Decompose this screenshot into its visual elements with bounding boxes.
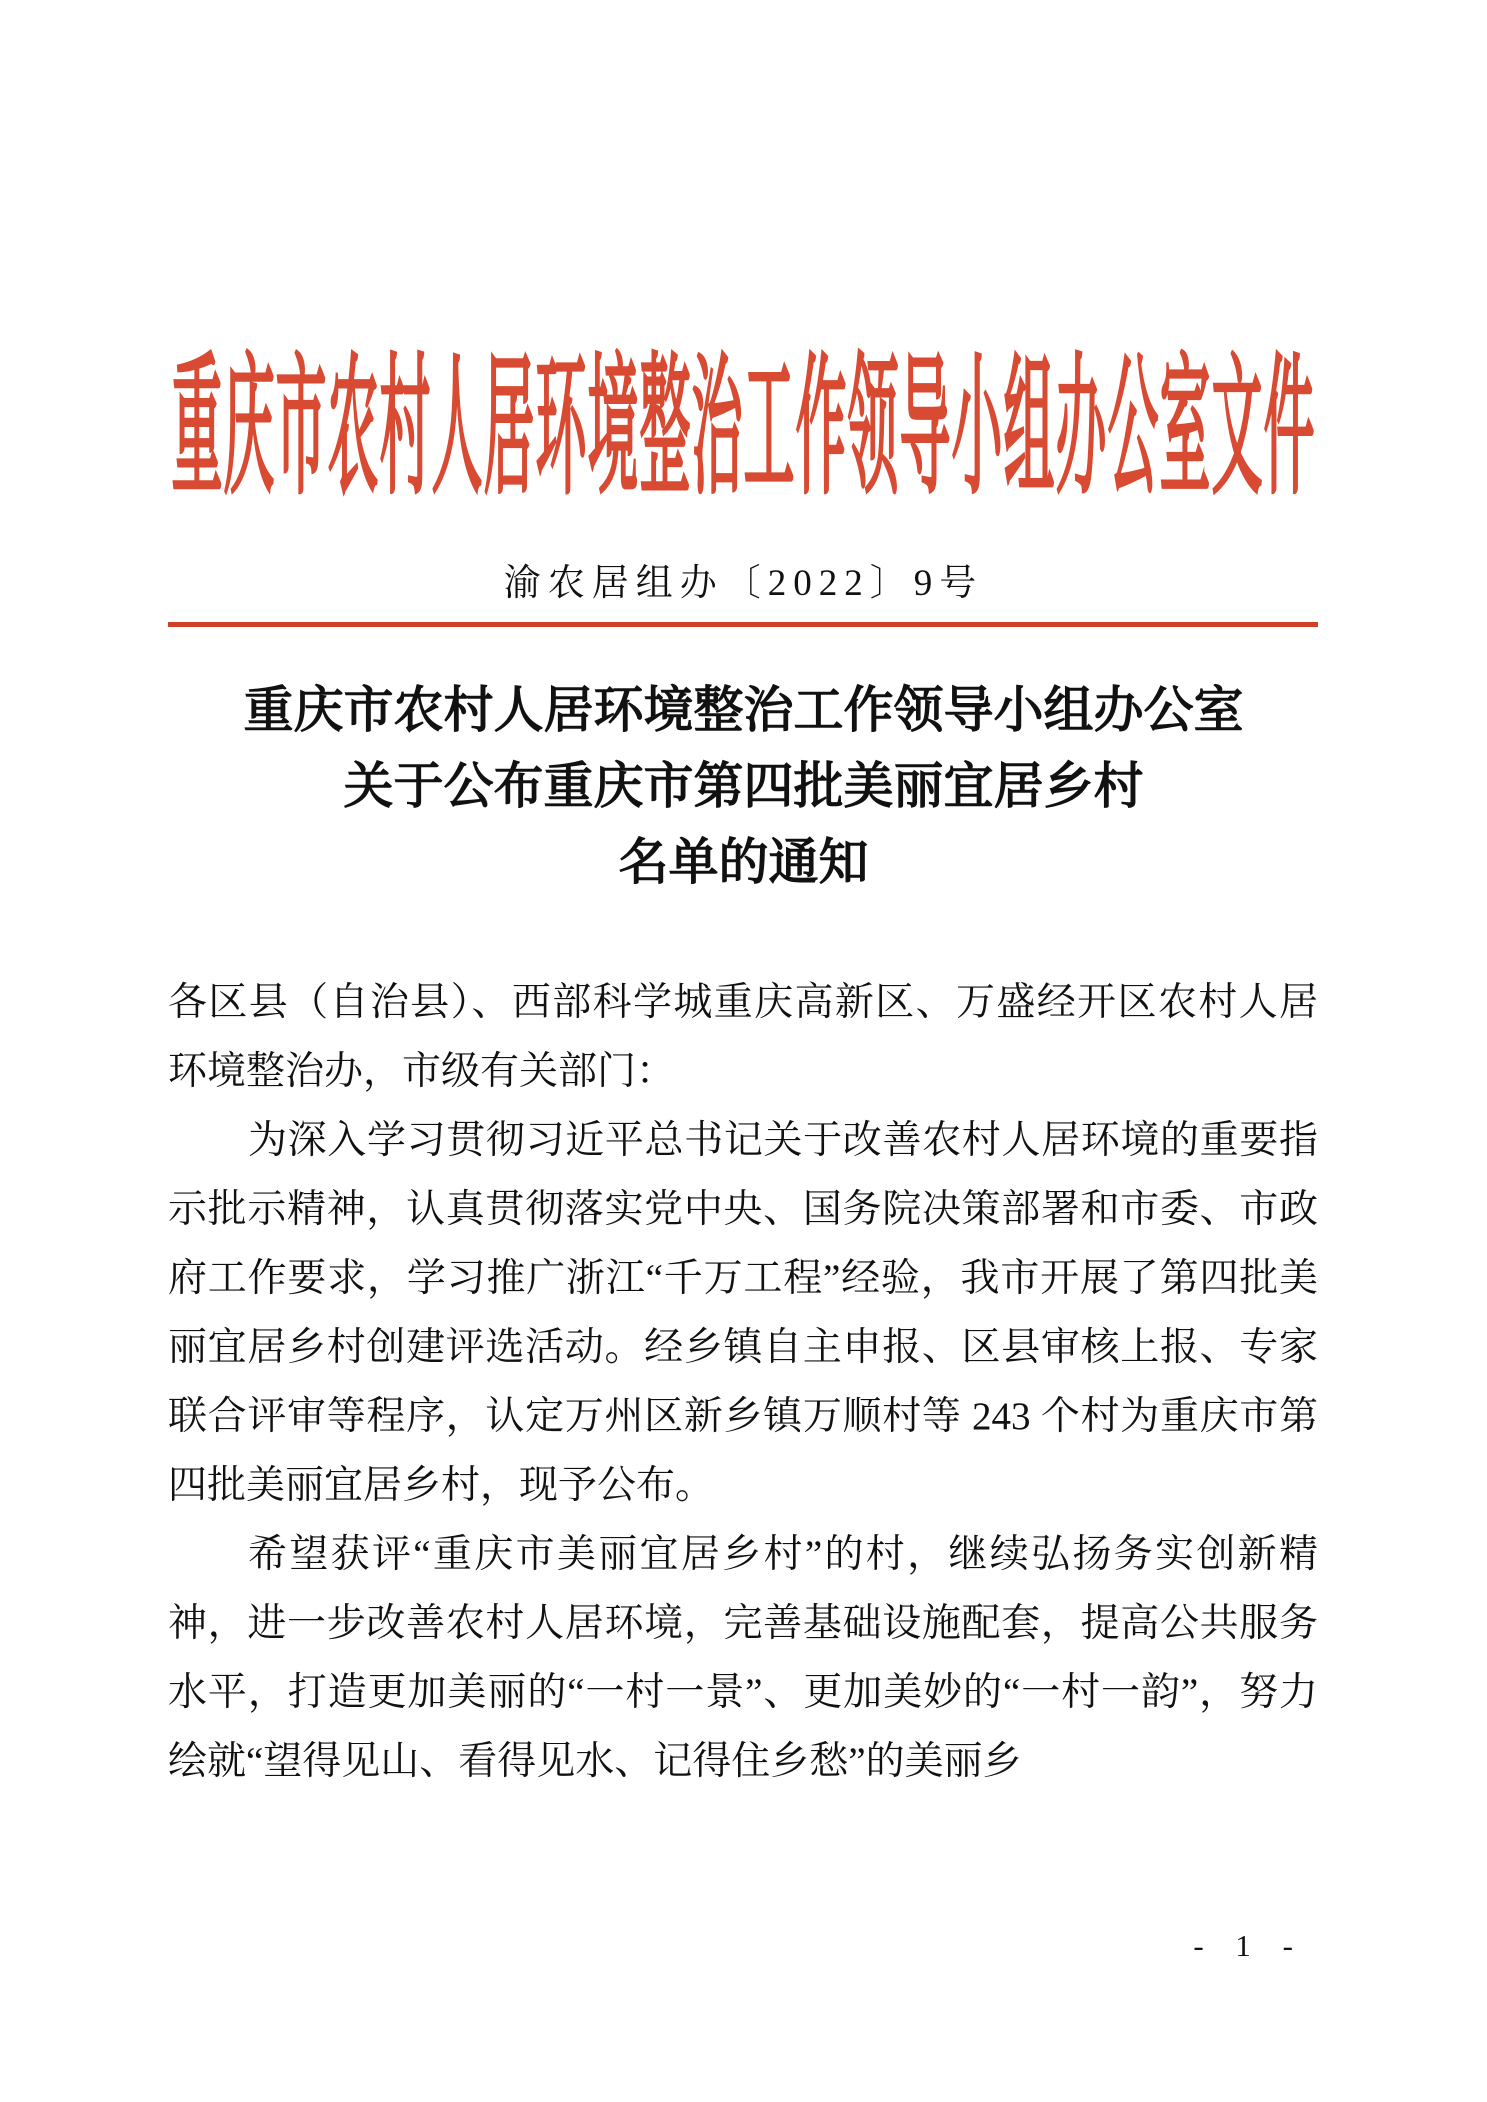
salutation-paragraph: 各区县（自治县）、西部科学城重庆高新区、万盛经开区农村人居环境整治办，市级有关部… (168, 968, 1318, 1106)
body-paragraph-1: 为深入学习贯彻习近平总书记关于改善农村人居环境的重要指示批示精神，认真贯彻落实党… (168, 1106, 1318, 1520)
document-number: 渝农居组办〔2022〕9号 (0, 552, 1487, 606)
document-title-line1: 重庆市农村人居环境整治工作领导小组办公室 (0, 672, 1487, 748)
document-title: 重庆市农村人居环境整治工作领导小组办公室 关于公布重庆市第四批美丽宜居乡村 名单… (0, 672, 1487, 900)
letterhead-banner-text: 重庆市农村人居环境整治工作领导小组办公室文件 (171, 303, 1315, 525)
document-body: 各区县（自治县）、西部科学城重庆高新区、万盛经开区农村人居环境整治办，市级有关部… (168, 968, 1318, 1796)
letterhead-banner-row: 重庆市农村人居环境整治工作领导小组办公室文件 (0, 303, 1487, 377)
document-title-line2: 关于公布重庆市第四批美丽宜居乡村 (0, 748, 1487, 824)
body-paragraph-2: 希望获评“重庆市美丽宜居乡村”的村，继续弘扬务实创新精神，进一步改善农村人居环境… (168, 1520, 1318, 1796)
document-page: 重庆市农村人居环境整治工作领导小组办公室文件 渝农居组办〔2022〕9号 重庆市… (0, 0, 1487, 2102)
page-number: - 1 - (1193, 1928, 1305, 1964)
red-divider-rule (168, 622, 1318, 627)
document-title-line3: 名单的通知 (0, 824, 1487, 900)
